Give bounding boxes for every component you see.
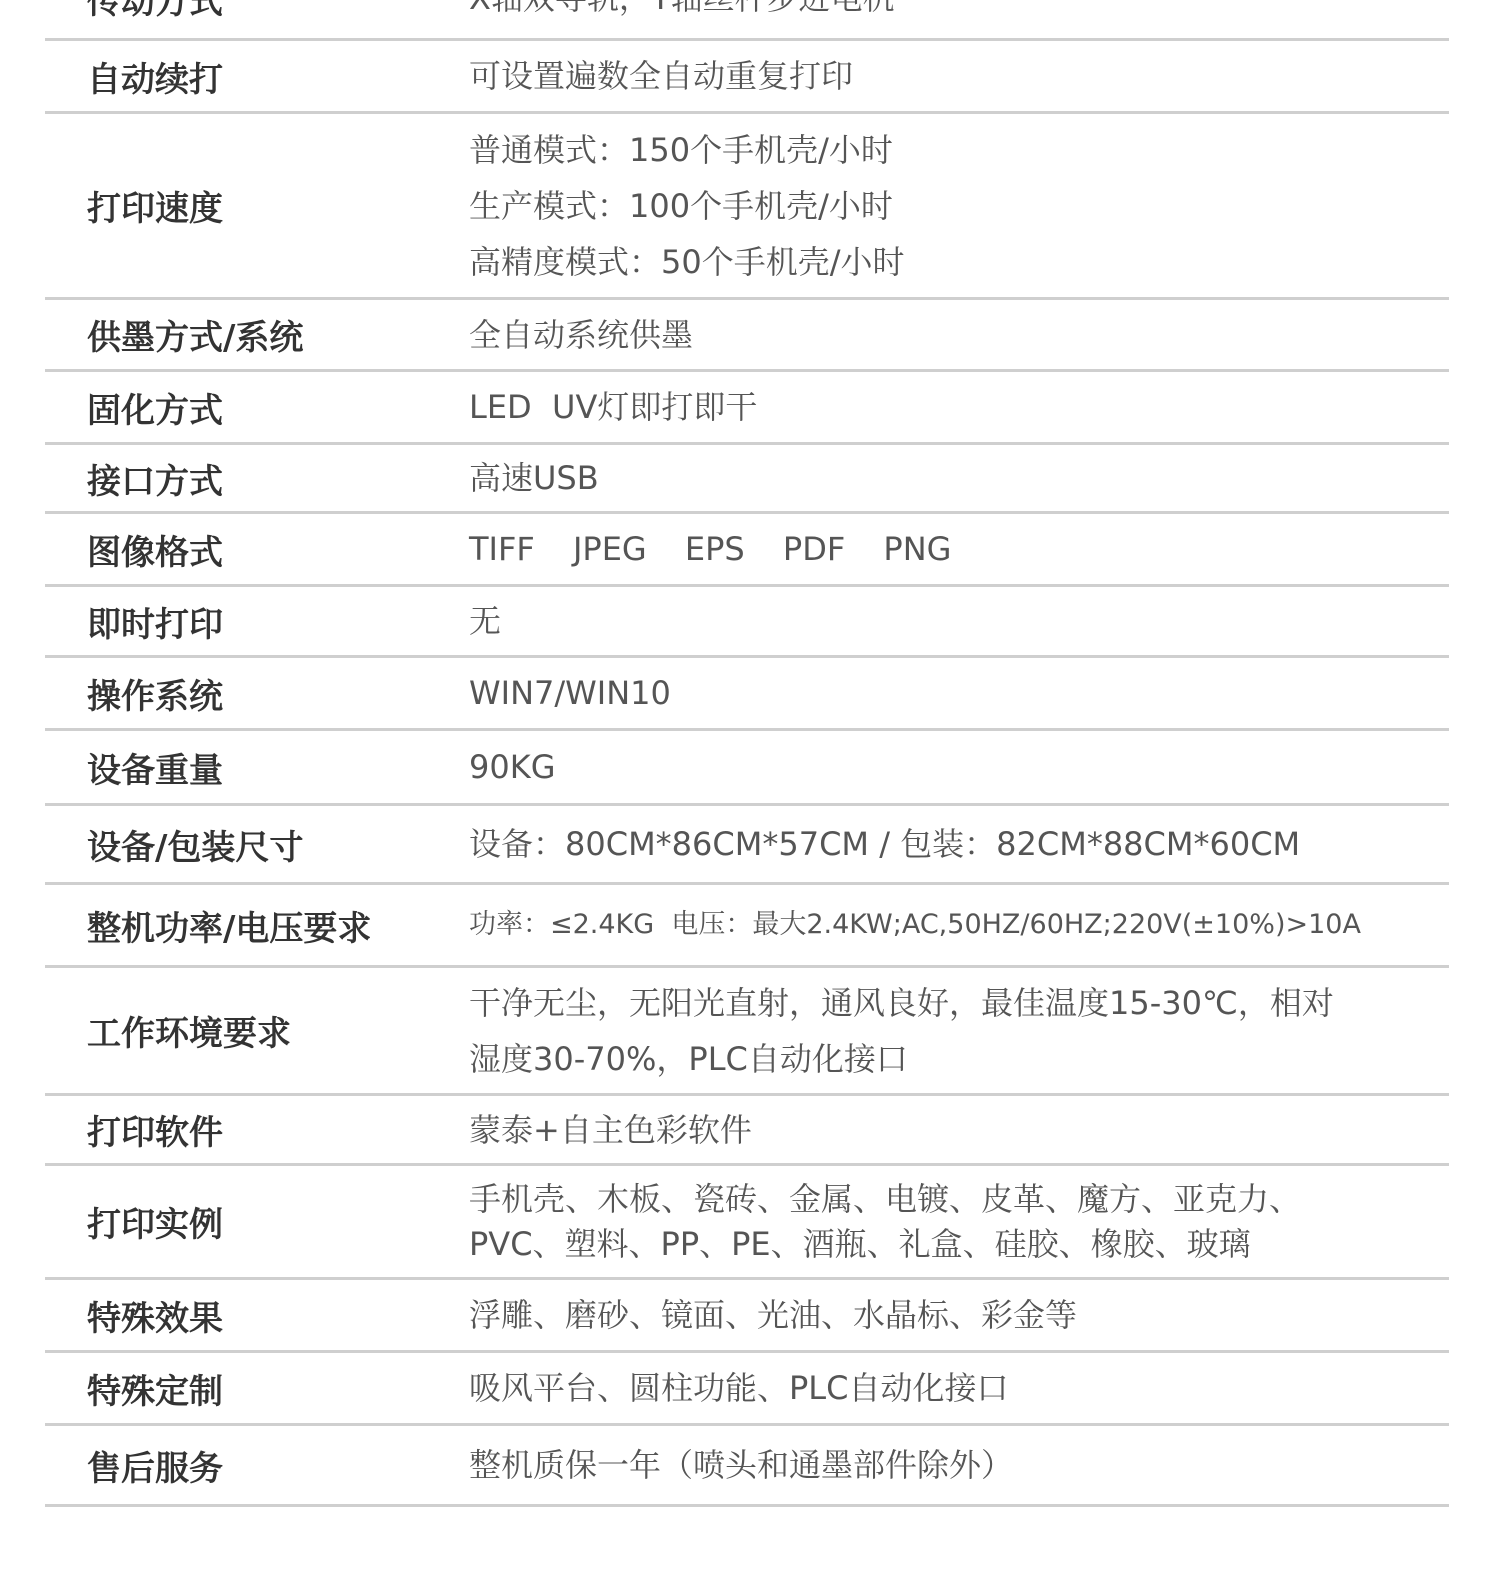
- format-png: PNG: [883, 530, 951, 568]
- spec-value: 普通模式：150个手机壳/小时 生产模式：100个手机壳/小时 高精度模式：50…: [469, 122, 1449, 290]
- spec-label: 即时打印: [45, 597, 469, 646]
- spec-value: 设备：80CM*86CM*57CM / 包装：82CM*88CM*60CM: [469, 816, 1449, 872]
- spec-label: 打印软件: [45, 1105, 469, 1154]
- spec-label: 设备重量: [45, 743, 469, 792]
- spec-row-interface: 接口方式 高速USB: [45, 445, 1449, 514]
- spec-value: 无: [469, 593, 1449, 649]
- spec-label: 打印速度: [45, 181, 469, 230]
- spec-label: 特殊效果: [45, 1291, 469, 1340]
- spec-row-os: 操作系统 WIN7/WIN10: [45, 658, 1449, 731]
- spec-row-dimensions: 设备/包装尺寸 设备：80CM*86CM*57CM / 包装：82CM*88CM…: [45, 806, 1449, 885]
- spec-value: 整机质保一年（喷头和通墨部件除外）: [469, 1437, 1449, 1493]
- format-pdf: PDF: [783, 530, 845, 568]
- environment-line-1: 干净无尘，无阳光直射，通风良好，最佳温度15-30℃，相对: [469, 975, 1449, 1031]
- speed-production-mode: 生产模式：100个手机壳/小时: [469, 178, 1449, 234]
- spec-value: WIN7/WIN10: [469, 665, 1449, 721]
- spec-value: LED UV灯即打即干: [469, 379, 1449, 435]
- spec-row-power-voltage: 整机功率/电压要求 功率：≤2.4KG 电压：最大2.4KW;AC,50HZ/6…: [45, 885, 1449, 968]
- spec-value: 可设置遍数全自动重复打印: [469, 48, 1449, 104]
- spec-row-after-sales: 售后服务 整机质保一年（喷头和通墨部件除外）: [45, 1426, 1449, 1507]
- spec-label: 供墨方式/系统: [45, 310, 469, 359]
- spec-row-transmission: 传动方式 X轴双导轨，Y轴丝杆步进电机: [45, 0, 1449, 41]
- spec-row-print-speed: 打印速度 普通模式：150个手机壳/小时 生产模式：100个手机壳/小时 高精度…: [45, 114, 1449, 300]
- environment-line-2: 湿度30-70%，PLC自动化接口: [469, 1031, 1449, 1087]
- examples-line-1: 手机壳、木板、瓷砖、金属、电镀、皮革、魔方、亚克力、: [469, 1177, 1449, 1222]
- format-tiff: TIFF: [469, 530, 535, 568]
- spec-value: 蒙泰+自主色彩软件: [469, 1102, 1449, 1158]
- spec-row-environment: 工作环境要求 干净无尘，无阳光直射，通风良好，最佳温度15-30℃，相对 湿度3…: [45, 968, 1449, 1096]
- spec-value: 高速USB: [469, 450, 1449, 506]
- spec-row-image-format: 图像格式 TIFF JPEG EPS PDF PNG: [45, 514, 1449, 587]
- spec-label: 图像格式: [45, 525, 469, 574]
- spec-value: X轴双导轨，Y轴丝杆步进电机: [469, 0, 1449, 26]
- spec-label: 操作系统: [45, 669, 469, 718]
- speed-normal-mode: 普通模式：150个手机壳/小时: [469, 122, 1449, 178]
- format-eps: EPS: [685, 530, 745, 568]
- spec-label: 工作环境要求: [45, 1006, 469, 1055]
- spec-label: 打印实例: [45, 1197, 469, 1246]
- spec-value: 手机壳、木板、瓷砖、金属、电镀、皮革、魔方、亚克力、 PVC、塑料、PP、PE、…: [469, 1177, 1449, 1267]
- spec-label: 特殊定制: [45, 1364, 469, 1413]
- spec-row-ink-supply: 供墨方式/系统 全自动系统供墨: [45, 300, 1449, 372]
- spec-row-auto-continue: 自动续打 可设置遍数全自动重复打印: [45, 41, 1449, 114]
- spec-label: 传动方式: [45, 0, 469, 23]
- spec-row-instant-print: 即时打印 无: [45, 587, 1449, 658]
- spec-value: TIFF JPEG EPS PDF PNG: [469, 521, 1449, 577]
- spec-row-customization: 特殊定制 吸风平台、圆柱功能、PLC自动化接口: [45, 1353, 1449, 1426]
- spec-value: 干净无尘，无阳光直射，通风良好，最佳温度15-30℃，相对 湿度30-70%，P…: [469, 975, 1449, 1087]
- spec-row-special-effects: 特殊效果 浮雕、磨砂、镜面、光油、水晶标、彩金等: [45, 1280, 1449, 1353]
- spec-value: 90KG: [469, 739, 1449, 795]
- spec-label: 售后服务: [45, 1441, 469, 1490]
- spec-row-weight: 设备重量 90KG: [45, 731, 1449, 806]
- spec-label: 固化方式: [45, 383, 469, 432]
- spec-label: 整机功率/电压要求: [45, 901, 469, 950]
- spec-row-software: 打印软件 蒙泰+自主色彩软件: [45, 1096, 1449, 1166]
- spec-value: 浮雕、磨砂、镜面、光油、水晶标、彩金等: [469, 1287, 1449, 1343]
- spec-value: 吸风平台、圆柱功能、PLC自动化接口: [469, 1360, 1449, 1416]
- format-jpeg: JPEG: [573, 530, 647, 568]
- spec-value: 全自动系统供墨: [469, 307, 1449, 363]
- examples-line-2: PVC、塑料、PP、PE、酒瓶、礼盒、硅胶、橡胶、玻璃: [469, 1222, 1449, 1267]
- spec-label: 设备/包装尺寸: [45, 820, 469, 869]
- spec-label: 自动续打: [45, 52, 469, 101]
- speed-high-precision-mode: 高精度模式：50个手机壳/小时: [469, 234, 1449, 290]
- spec-row-print-examples: 打印实例 手机壳、木板、瓷砖、金属、电镀、皮革、魔方、亚克力、 PVC、塑料、P…: [45, 1166, 1449, 1280]
- spec-row-curing: 固化方式 LED UV灯即打即干: [45, 372, 1449, 445]
- spec-table: 传动方式 X轴双导轨，Y轴丝杆步进电机 自动续打 可设置遍数全自动重复打印 打印…: [45, 0, 1449, 1507]
- spec-value: 功率：≤2.4KG 电压：最大2.4KW;AC,50HZ/60HZ;220V(±…: [469, 897, 1449, 953]
- spec-label: 接口方式: [45, 454, 469, 503]
